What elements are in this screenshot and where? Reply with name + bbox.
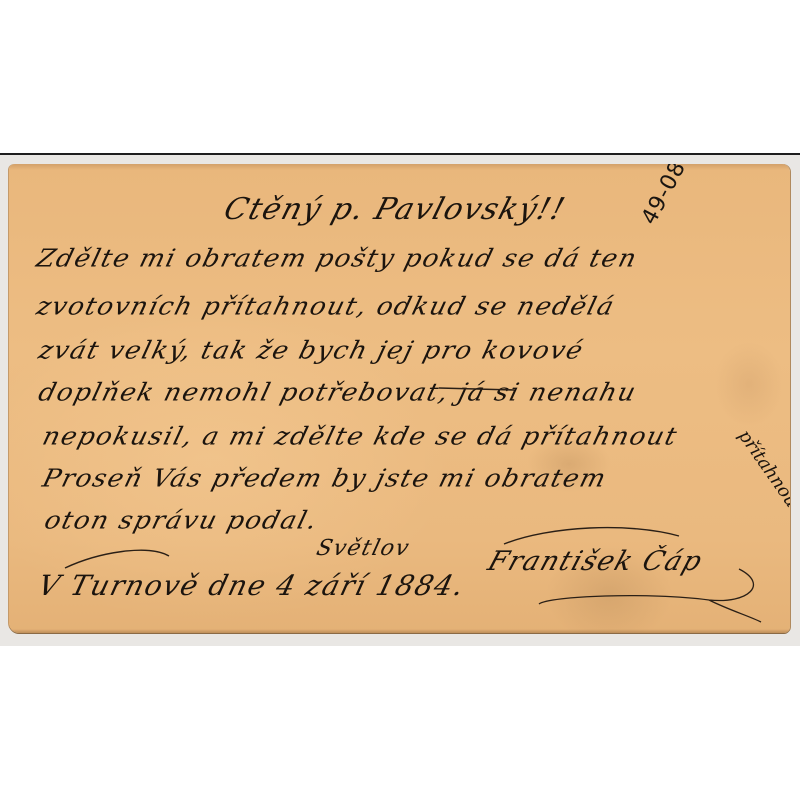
body-line-7: oton správu podal. bbox=[41, 507, 321, 536]
closing-word: Světlov bbox=[314, 536, 413, 561]
body-line-1: Zdělte mi obratem pošty pokud se dá ten bbox=[33, 245, 640, 274]
scan-viewer: 49-08 Ctěný p. Pavlovský!! Zdělte mi obr… bbox=[0, 0, 800, 800]
body-line-6: Proseň Vás předem by jste mi obratem bbox=[39, 465, 609, 494]
body-line-4: doplňek nemohl potřebovat, já si nenahu bbox=[35, 379, 639, 408]
place-date-line: V Turnově dne 4 září 1884. bbox=[35, 569, 469, 602]
margin-continuation: přítahnout bbox=[734, 426, 790, 517]
signature-upper-swash bbox=[504, 528, 679, 544]
greeting-line: Ctěný p. Pavlovský!! bbox=[220, 192, 570, 227]
signature: František Čáp bbox=[484, 546, 707, 577]
pencil-inventory-note: 49-08 bbox=[637, 164, 691, 229]
date-flourish bbox=[65, 550, 169, 568]
postcard: 49-08 Ctěný p. Pavlovský!! Zdělte mi obr… bbox=[9, 164, 790, 633]
body-line-3: zvát velký, tak že bych jej pro kovové bbox=[35, 337, 586, 366]
body-line-5: nepokusil, a mi zdělte kde se dá přítahn… bbox=[39, 423, 680, 452]
body-line-2: zvotovních přítahnout, odkud se nedělá bbox=[33, 293, 617, 322]
